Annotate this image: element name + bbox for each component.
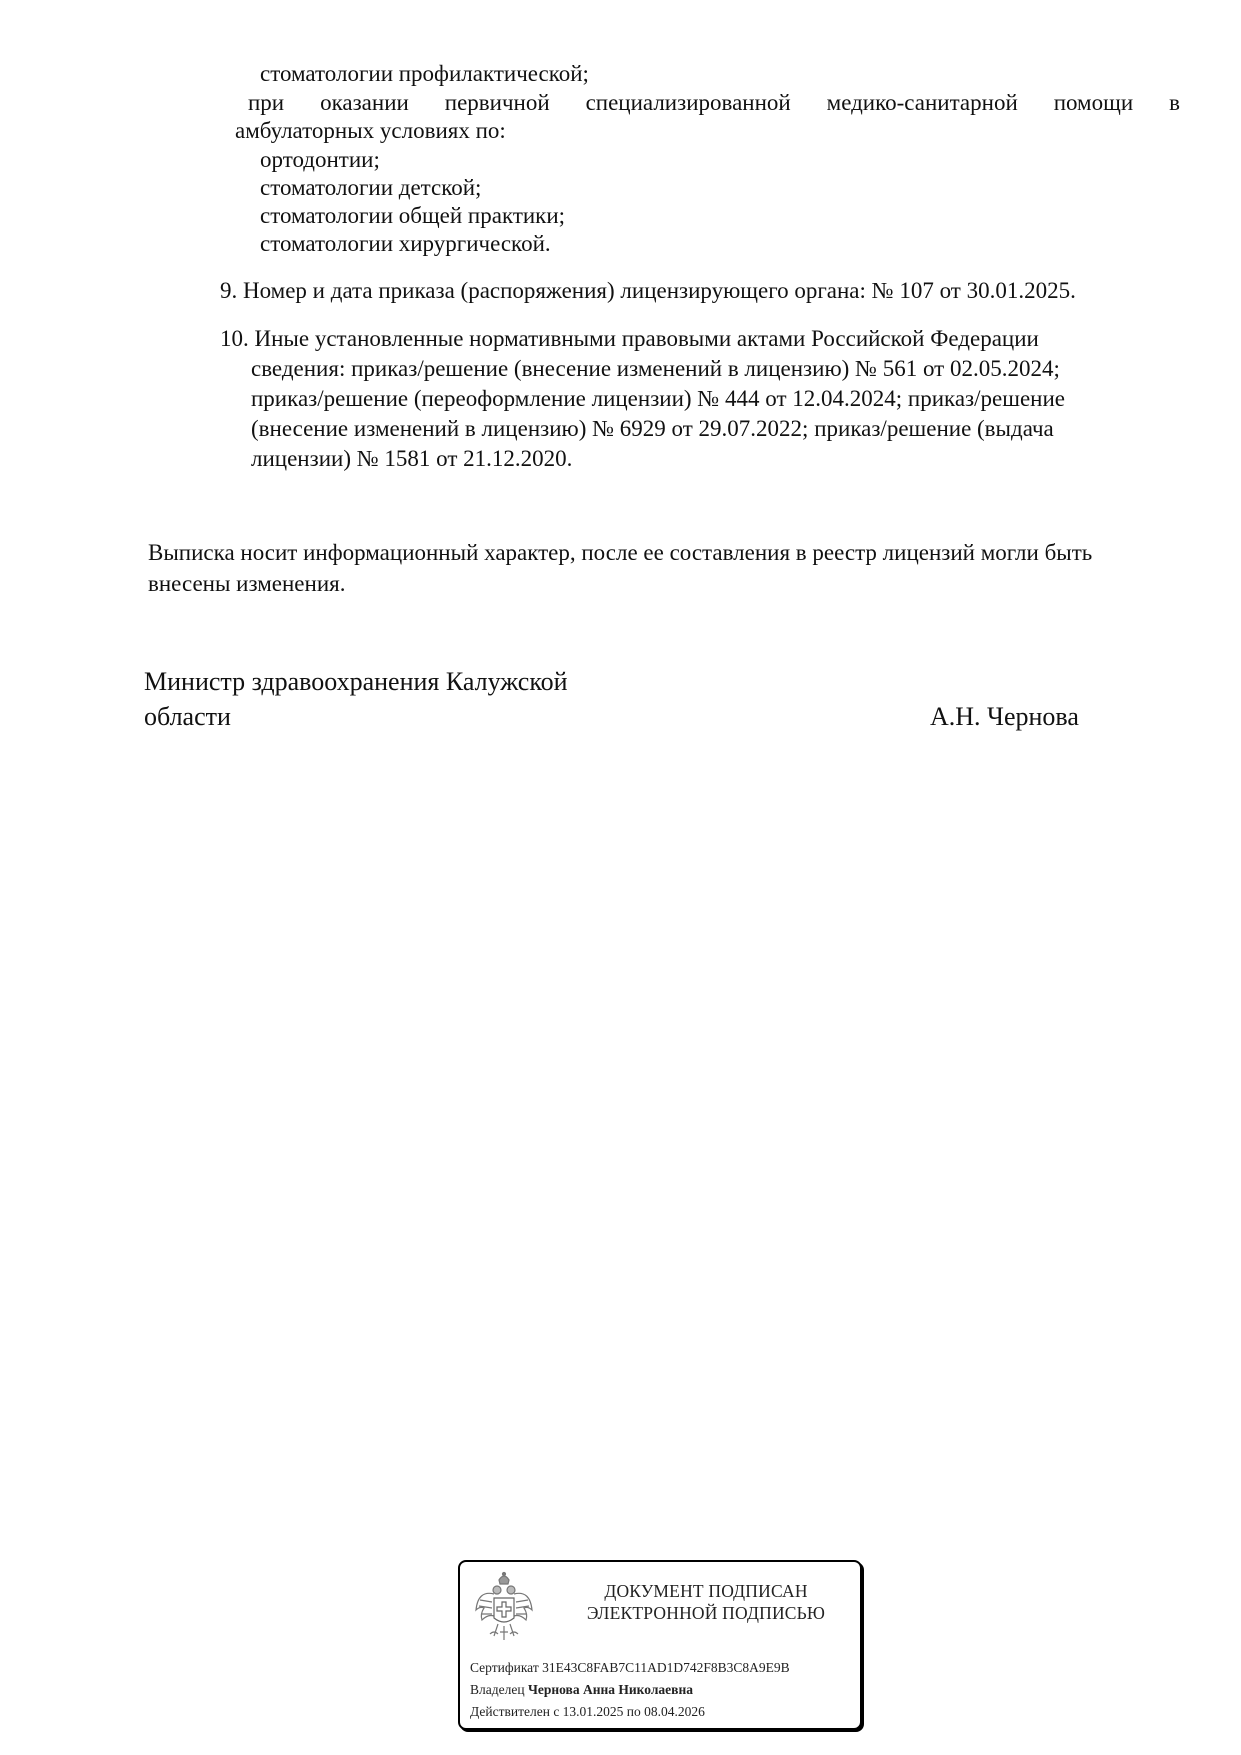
list-item-prophylactic-dentistry: стоматологии профилактической;: [260, 60, 589, 88]
disclaimer-line1: Выписка носит информационный характер, п…: [148, 539, 1092, 567]
ambulatory-intro-line2: амбулаторных условиях по:: [235, 117, 506, 145]
validity-label: Действителен: [470, 1704, 550, 1719]
list-item-orthodontics: ортодонтии;: [260, 146, 380, 174]
item-10-line: сведения: приказ/решение (внесение измен…: [251, 355, 1060, 383]
owner-label: Владелец: [470, 1682, 525, 1697]
signatory-position-line2: области: [144, 700, 231, 734]
validity-value: с 13.01.2025 по 08.04.2026: [553, 1704, 705, 1719]
stamp-heading-line2: ЭЛЕКТРОННОЙ ПОДПИСЬЮ: [556, 1602, 856, 1624]
list-item-surgical-dentistry: стоматологии хирургической.: [260, 230, 551, 258]
stamp-owner: Владелец Чернова Анна Николаевна: [470, 1682, 693, 1698]
item-10-first-line: 10. Иные установленные нормативными прав…: [220, 325, 1039, 353]
item-10-line: приказ/решение (переоформление лицензии)…: [251, 385, 1065, 413]
intro-word: в: [1169, 89, 1180, 117]
list-item-general-dentistry: стоматологии общей практики;: [260, 202, 565, 230]
intro-word: помощи: [1054, 89, 1133, 117]
owner-value: Чернова Анна Николаевна: [528, 1682, 693, 1697]
russian-coat-of-arms-emblem-icon: [472, 1570, 536, 1646]
certificate-label: Сертификат: [470, 1660, 539, 1675]
item-10-line: лицензии) № 1581 от 21.12.2020.: [251, 445, 572, 473]
stamp-heading-line1: ДОКУМЕНТ ПОДПИСАН: [556, 1580, 856, 1602]
stamp-certificate: Сертификат 31E43C8FAB7C11AD1D742F8B3C8A9…: [470, 1660, 790, 1676]
disclaimer-line2: внесены изменения.: [148, 570, 345, 598]
item-9-number: 9.: [220, 278, 237, 303]
item-10-number: 10.: [220, 326, 249, 351]
intro-word: при: [248, 89, 284, 117]
signatory-position-line1: Министр здравоохранения Калужской: [144, 665, 568, 699]
list-item-pediatric-dentistry: стоматологии детской;: [260, 174, 481, 202]
intro-word: первичной: [445, 89, 550, 117]
signatory-name: А.Н. Чернова: [930, 700, 1079, 734]
ambulatory-intro-line: при оказании первичной специализированно…: [248, 89, 1180, 117]
stamp-validity: Действителен с 13.01.2025 по 08.04.2026: [470, 1704, 705, 1720]
item-10-heading: Иные установленные нормативными правовым…: [255, 326, 1039, 351]
certificate-value: 31E43C8FAB7C11AD1D742F8B3C8A9E9B: [542, 1660, 790, 1675]
stamp-heading: ДОКУМЕНТ ПОДПИСАН ЭЛЕКТРОННОЙ ПОДПИСЬЮ: [556, 1580, 856, 1624]
document-page: стоматологии профилактической; при оказа…: [0, 0, 1241, 1755]
item-9-text: Номер и дата приказа (распоряжения) лице…: [243, 278, 1076, 303]
intro-word: оказании: [320, 89, 409, 117]
item-9: 9. Номер и дата приказа (распоряжения) л…: [220, 277, 1076, 305]
intro-word: медико-санитарной: [827, 89, 1018, 117]
item-10-line: (внесение изменений в лицензию) № 6929 о…: [251, 415, 1054, 443]
intro-word: специализированной: [586, 89, 791, 117]
e-signature-stamp: ДОКУМЕНТ ПОДПИСАН ЭЛЕКТРОННОЙ ПОДПИСЬЮ С…: [458, 1560, 862, 1730]
